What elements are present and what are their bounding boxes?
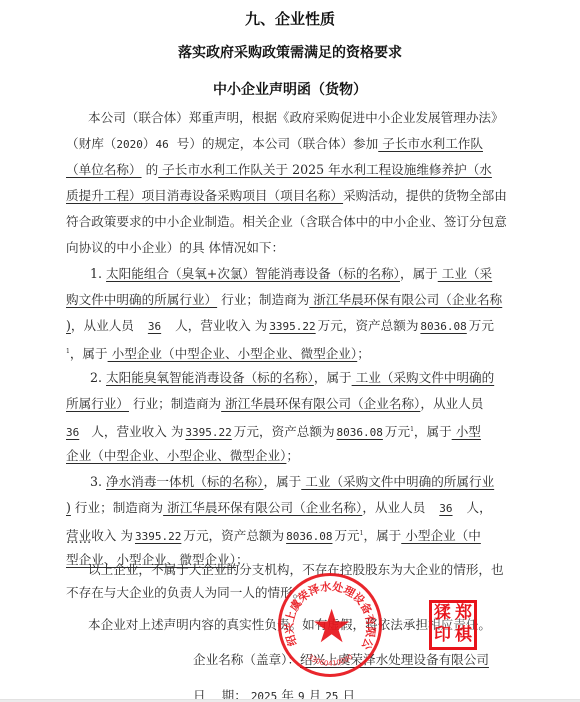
industry-cont: 购文件中明确的所属行业） [66, 292, 217, 307]
enterprise-type: 小型 [452, 424, 481, 439]
text: ，属于 [70, 346, 108, 361]
intro-line-5: 符合政策要求的中小企业制造。相关企业（含联合体中的中小企业、签订分包意 [66, 214, 507, 230]
seal-char: 猱 [432, 603, 453, 625]
unit-name: 子长市水利工作队 [378, 136, 483, 151]
text: 万元，资产总额为 [183, 528, 284, 543]
text: ，属于 [363, 528, 401, 543]
item-3-line-1: 3. 净水消毒一体机（标的名称），属于 工业（采购文件中明确的所属行业 [90, 474, 494, 490]
seal-char: 印 [432, 625, 453, 647]
text: ，属于 [263, 474, 301, 489]
letter-title: 中小企业声明函（货物） [0, 79, 580, 99]
industry: 工业（采购文件中明确的 [352, 370, 495, 385]
manufacturer: 浙江华晨环保有限公司（企业名称 [309, 292, 502, 307]
text: ，属于 [400, 266, 438, 281]
star-icon: ★ [311, 603, 352, 649]
text: 万元 [334, 528, 359, 543]
staff-count: 36 [66, 426, 91, 439]
staff-count: 36 [134, 320, 175, 333]
total-assets: 8036.08 [284, 530, 334, 543]
item-1-line-3: )，从业人员36人，营业收入 为3395.22万元，资产总额为8036.08万元 [66, 318, 494, 335]
revenue: 3395.22 [267, 320, 317, 333]
enterprise-type: 小型企业（中 [401, 528, 481, 543]
text: 行业；制造商为 [71, 500, 163, 515]
text: ） [143, 136, 156, 151]
text: ； [357, 346, 370, 361]
intro-line-4: 质提升工程）项目消毒设备采购项目（项目名称）采购活动，提供的货物全部由 [66, 188, 507, 204]
industry: 工业（采购文件中明确的所属行业 [301, 474, 494, 489]
doc-number: 46 [155, 138, 168, 151]
text: 采购活动，提供的货物全部由 [343, 188, 507, 203]
total-assets: 8036.08 [418, 320, 468, 333]
company-seal-stamp: 绍兴上虞荣泽水处理设备有限公司 33060410000 ★ [278, 573, 382, 677]
staff-count: 36 [425, 502, 466, 515]
text: 人，营业收入 为 [175, 318, 267, 333]
svg-text:33060410000: 33060410000 [306, 653, 354, 668]
subtitle: 落实政府采购政策需满足的资格要求 [0, 42, 580, 62]
revenue: 3395.22 [183, 426, 233, 439]
text: 行业；制造商为 [129, 396, 221, 411]
item-2-line-4: 企业（中型企业、小型企业、微型企业）； [66, 448, 299, 464]
item-name: 太阳能臭氧智能消毒设备（标的名称） [106, 370, 314, 385]
industry: 工业（采 [438, 266, 492, 281]
manufacturer: 浙江华晨环保有限公司（企业名称） [221, 396, 420, 411]
intro-line-1: 本公司（联合体）郑重声明，根据《政府采购促进中小企业发展管理办法》 [88, 110, 504, 126]
industry-cont: 所属行业） [66, 396, 129, 411]
seal-char: 棋 [453, 625, 474, 647]
unit-name-label: （单位名称） [66, 162, 142, 177]
revenue: 3395.22 [133, 530, 183, 543]
text: ，从业人员 [362, 500, 425, 515]
enterprise-type: 小型企业（中型企业、小型企业、微型企业） [108, 346, 358, 361]
text: 号）的规定，本公司（联合体）参加 [169, 136, 379, 151]
text: 万元 [385, 424, 410, 439]
intro-line-3: （单位名称） 的 子长市水利工作队关于 2025 年水利工程设施维修养护（水 [66, 162, 492, 178]
item-number: 1. [90, 266, 102, 281]
item-3-line-3: 营业收入 为3395.22万元，资产总额为8036.08万元1，属于 小型企业（… [66, 526, 481, 545]
text: 的 [142, 162, 159, 177]
document-page: 九、企业性质 落实政府采购政策需满足的资格要求 中小企业声明函（货物） 本公司（… [0, 0, 580, 702]
text: ，属于 [414, 424, 452, 439]
item-1-line-2: 购文件中明确的所属行业） 行业；制造商为 浙江华晨环保有限公司（企业名称 [66, 292, 502, 308]
text: 万元，资产总额为 [234, 424, 335, 439]
text: （财库（ [66, 136, 116, 151]
manufacturer: 浙江华晨环保有限公司（企业名称） [163, 500, 362, 515]
item-number: 2. [90, 370, 102, 385]
total-assets: 8036.08 [335, 426, 385, 439]
year: 2020 [116, 138, 143, 151]
item-3-line-2: ) 行业；制造商为 浙江华晨环保有限公司（企业名称），从业人员36人， [66, 500, 492, 517]
intro-line-6: 向协议的中小企业）的具 体情况如下： [66, 240, 284, 256]
item-name: 太阳能组合（臭氧+次氯）智能消毒设备（标的名称） [106, 266, 400, 281]
text: ，从业人员 [71, 318, 134, 333]
text: 行业；制造商为 [217, 292, 309, 307]
text: 万元 [469, 318, 494, 333]
ellipsis-text: …… [66, 531, 91, 547]
statement-line-2: 不存在与大企业的负责人为同一人的情形。 [66, 585, 305, 601]
item-2-line-3: 36人，营业收入 为3395.22万元，资产总额为8036.08万元1，属于 小… [66, 422, 481, 441]
section-title: 九、企业性质 [0, 8, 580, 29]
text: ； [286, 448, 299, 463]
text: ，从业人员 [420, 396, 483, 411]
text: 万元，资产总额为 [318, 318, 419, 333]
item-2-line-1: 2. 太阳能臭氧智能消毒设备（标的名称），属于 工业（采购文件中明确的 [90, 370, 494, 386]
item-number: 3. [90, 474, 102, 489]
enterprise-type-cont: 企业（中型企业、小型企业、微型企业） [66, 448, 286, 463]
seal-char: 郑 [453, 603, 474, 625]
item-name: 净水消毒一体机（标的名称） [106, 474, 263, 489]
personal-seal-stamp: 猱 郑 印 棋 [429, 600, 477, 650]
item-2-line-2: 所属行业） 行业；制造商为 浙江华晨环保有限公司（企业名称），从业人员 [66, 396, 483, 412]
project-name-cont: 质提升工程）项目消毒设备采购项目（项目名称） [66, 188, 343, 203]
item-1-line-4: 1，属于 小型企业（中型企业、小型企业、微型企业）； [66, 344, 370, 362]
text: 人， [467, 500, 492, 515]
item-1-line-1: 1. 太阳能组合（臭氧+次氯）智能消毒设备（标的名称），属于 工业（采 [90, 266, 492, 282]
text: 人，营业收入 为 [91, 424, 183, 439]
text: 本公司（联合体）郑重声明，根据《政府采购促进中小企业发展管理办法》 [88, 110, 504, 125]
intro-line-2: （财库（2020）46 号）的规定，本公司（联合体）参加 子长市水利工作队 [66, 136, 483, 153]
project-name: 子长市水利工作队关于 2025 年水利工程设施维修养护（水 [158, 162, 492, 177]
text: ，属于 [314, 370, 352, 385]
